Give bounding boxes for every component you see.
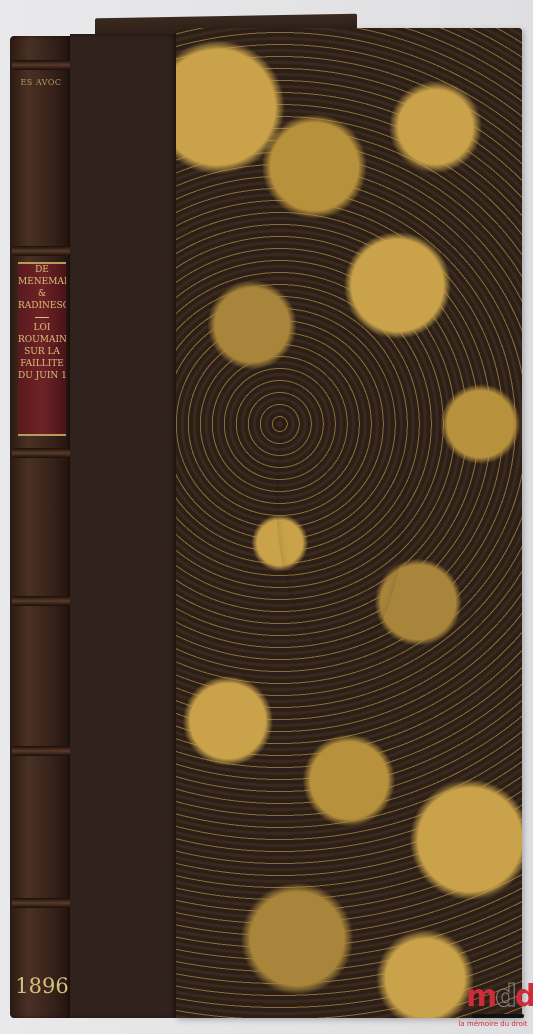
- spine-year: 1896: [14, 974, 70, 998]
- logo-bar: [472, 1014, 524, 1018]
- spine-band: [12, 60, 70, 70]
- marbled-cover: [176, 28, 522, 1018]
- logo-tagline: la mémoire du droit: [456, 1020, 530, 1028]
- label-line: DE: [18, 264, 66, 276]
- spine-title-label: DE MÈNEMAINS & RADINESCO LOI ROUMAINE SU…: [18, 262, 66, 436]
- spine-top-text: ES AVOC: [10, 78, 72, 87]
- spine-band: [12, 898, 70, 908]
- label-line: FAILLITE: [18, 358, 66, 370]
- logo-mark: mdd: [466, 982, 530, 1012]
- label-line: DU JUIN 1895: [18, 370, 66, 382]
- label-line: &: [18, 288, 66, 300]
- book-spine: ES AVOC DE MÈNEMAINS & RADINESCO LOI ROU…: [10, 36, 72, 1018]
- spine-band: [12, 596, 70, 606]
- embossed-monogram: [276, 328, 406, 658]
- label-line: RADINESCO: [18, 300, 66, 312]
- leather-corner-strip: [70, 34, 178, 1018]
- spine-band: [12, 448, 70, 458]
- label-line: ROUMAINE: [18, 334, 66, 346]
- label-line: MÈNEMAINS: [18, 276, 66, 288]
- book: ES AVOC DE MÈNEMAINS & RADINESCO LOI ROU…: [10, 28, 522, 1018]
- spine-band: [12, 746, 70, 756]
- label-line: LOI: [18, 322, 66, 334]
- label-divider: [35, 317, 49, 318]
- spine-band: [12, 246, 70, 256]
- label-line: SUR LA: [18, 346, 66, 358]
- mdd-logo: mdd la mémoire du droit: [466, 982, 530, 1028]
